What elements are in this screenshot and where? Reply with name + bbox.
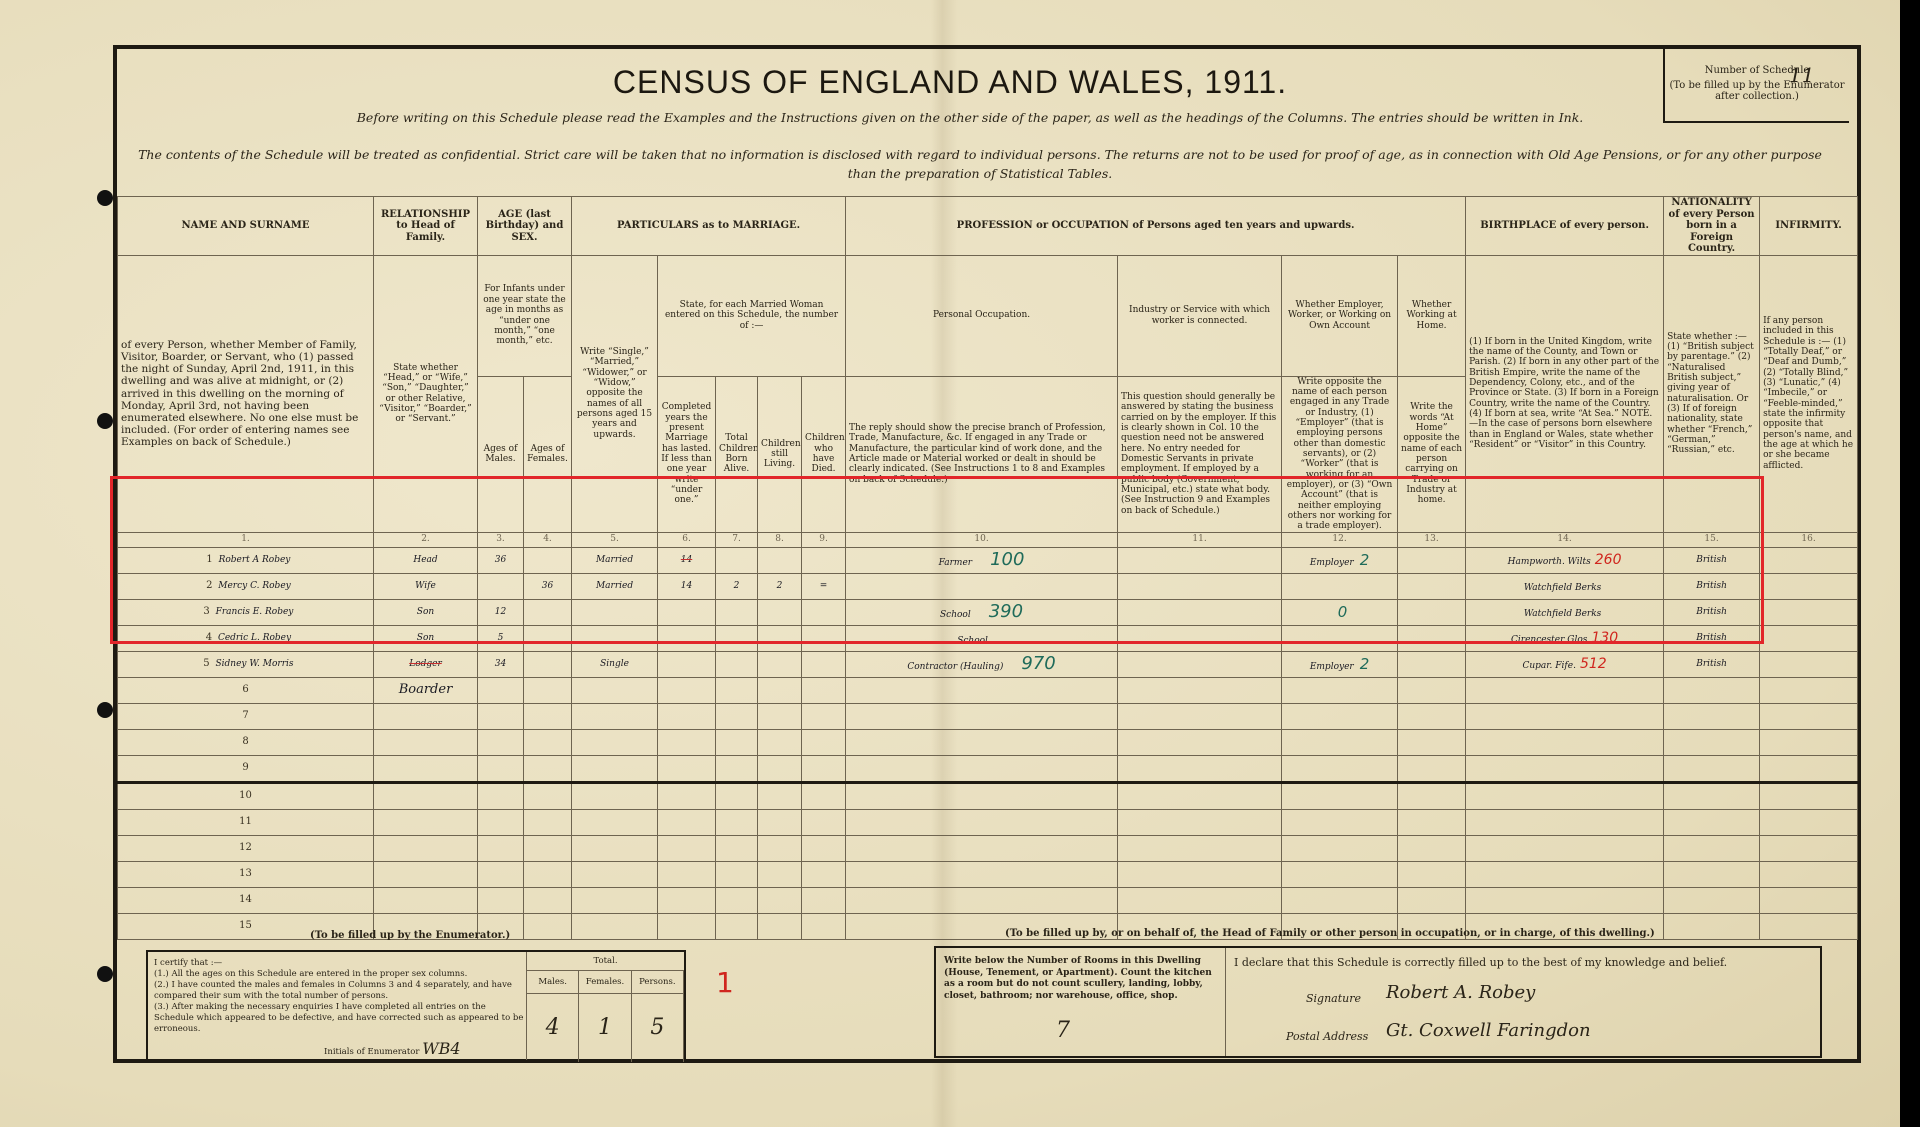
name-cell-value: Sidney W. Morris <box>215 659 293 669</box>
children-born-cell <box>716 782 758 809</box>
industry-cell <box>1118 625 1282 651</box>
employer-cell <box>1282 729 1398 755</box>
occupation-cell: School <box>846 625 1118 651</box>
marital-cell <box>572 599 658 625</box>
name-cell: 11 <box>118 809 374 835</box>
age-male-cell: 36 <box>478 547 524 573</box>
age-female-cell <box>524 651 572 677</box>
occupation-cell <box>846 755 1118 782</box>
children-died-cell <box>802 835 846 861</box>
birthplace-cell: Watchfield Berks <box>1466 599 1664 625</box>
marriage-years-cell <box>658 809 716 835</box>
header-name: NAME AND SURNAME <box>118 197 374 256</box>
age-female-cell <box>524 677 572 703</box>
occupation-cell <box>846 782 1118 809</box>
birthplace-cell: Cirencester Glos130 <box>1466 625 1664 651</box>
row-number: 13 <box>237 868 255 880</box>
birthplace-code: 512 <box>1580 656 1607 672</box>
instruction-ages-females: Ages of Females. <box>524 376 572 532</box>
industry-cell <box>1118 729 1282 755</box>
industry-cell <box>1118 703 1282 729</box>
header-infirmity: INFIRMITY. <box>1760 197 1858 256</box>
at-home-cell <box>1398 887 1466 913</box>
relationship-cell: Son <box>374 625 478 651</box>
census-table: NAME AND SURNAME RELATIONSHIP to Head of… <box>117 196 1858 940</box>
age-male-cell-value: 36 <box>495 555 506 565</box>
age-male-cell: 34 <box>478 651 524 677</box>
name-cell: 1Robert A Robey <box>118 547 374 573</box>
age-female-cell <box>524 913 572 939</box>
marriage-years-cell <box>658 861 716 887</box>
children-died-cell: = <box>802 573 846 599</box>
instruction-industry-detail: This question should generally be answer… <box>1118 376 1282 532</box>
employer-code: 2 <box>1360 655 1370 673</box>
name-cell: 12 <box>118 835 374 861</box>
children-born-cell <box>716 887 758 913</box>
occupation-cell-value: School <box>957 636 988 646</box>
employer-cell <box>1282 677 1398 703</box>
person-rows: 1Robert A RobeyHead36Married14Farmer100E… <box>118 547 1858 939</box>
instruction-name: of every Person, whether Member of Famil… <box>118 255 374 532</box>
industry-cell <box>1118 782 1282 809</box>
children-living-cell <box>758 547 802 573</box>
marriage-years-cell <box>658 703 716 729</box>
marital-cell <box>572 677 658 703</box>
marital-cell: Single <box>572 651 658 677</box>
marital-cell <box>572 625 658 651</box>
age-male-cell <box>478 573 524 599</box>
name-cell-value: Robert A Robey <box>219 555 291 565</box>
at-home-cell <box>1398 677 1466 703</box>
name-cell: 7 <box>118 703 374 729</box>
name-cell: 6 <box>118 677 374 703</box>
header-relationship: RELATIONSHIP to Head of Family. <box>374 197 478 256</box>
children-living-cell <box>758 809 802 835</box>
employer-cell <box>1282 625 1398 651</box>
marital-cell <box>572 835 658 861</box>
relationship-cell <box>374 782 478 809</box>
signature-label: Signature <box>1306 992 1361 1005</box>
signature-value: Robert A. Robey <box>1386 982 1535 1003</box>
relationship-cell: Son <box>374 599 478 625</box>
nationality-cell <box>1664 809 1760 835</box>
at-home-cell <box>1398 651 1466 677</box>
at-home-cell <box>1398 703 1466 729</box>
row-number: 2 <box>200 580 218 592</box>
table-row: 3Francis E. RobeySon12School3900Watchfie… <box>118 599 1858 625</box>
children-born-cell <box>716 729 758 755</box>
children-born-cell <box>716 755 758 782</box>
birthplace-cell <box>1466 835 1664 861</box>
header-marriage: PARTICULARS as to MARRIAGE. <box>572 197 846 256</box>
relationship-cell <box>374 703 478 729</box>
declaration-text: I declare that this Schedule is correctl… <box>1234 956 1812 969</box>
age-male-cell <box>478 887 524 913</box>
occupation-code: 100 <box>990 549 1024 570</box>
males-label: Males. <box>527 971 579 993</box>
column-number: 5. <box>572 532 658 547</box>
age-male-cell <box>478 703 524 729</box>
column-number-row: 1. 2. 3. 4. 5. 6. 7. 8. 9. 10. 11. 12. 1… <box>118 532 1858 547</box>
age-male-cell <box>478 835 524 861</box>
birthplace-cell-value: Watchfield Berks <box>1524 583 1601 593</box>
row-number: 14 <box>237 894 255 906</box>
certify-point-3: (3.) After making the necessary enquirie… <box>154 1002 524 1035</box>
birthplace-cell-value: Cirencester Glos <box>1511 635 1587 645</box>
marital-cell-value: Married <box>596 555 633 565</box>
children-died-cell <box>802 782 846 809</box>
age-female-cell <box>524 835 572 861</box>
name-cell: 10 <box>118 782 374 809</box>
age-female-cell: 36 <box>524 573 572 599</box>
children-living-cell <box>758 835 802 861</box>
table-row: 5Sidney W. MorrisLodger34SingleContracto… <box>118 651 1858 677</box>
industry-cell <box>1118 887 1282 913</box>
marital-cell: Married <box>572 547 658 573</box>
instruction-nationality: State whether :— (1) “British subject by… <box>1664 255 1760 532</box>
confidentiality-notice: The contents of the Schedule will be tre… <box>130 146 1830 184</box>
occupation-cell <box>846 887 1118 913</box>
relationship-cell <box>374 887 478 913</box>
occupation-cell-value: School <box>940 610 971 620</box>
birthplace-cell-value: Cupar. Fife. <box>1522 661 1576 671</box>
marital-cell <box>572 887 658 913</box>
industry-cell <box>1118 651 1282 677</box>
age-female-cell <box>524 755 572 782</box>
table-row: 9 <box>118 755 1858 782</box>
column-number: 9. <box>802 532 846 547</box>
nationality-cell <box>1664 913 1760 939</box>
employer-cell: Employer2 <box>1282 651 1398 677</box>
name-cell: 9 <box>118 755 374 782</box>
marriage-years-cell-value: 14 <box>681 581 692 591</box>
age-male-cell: 5 <box>478 625 524 651</box>
at-home-cell <box>1398 729 1466 755</box>
row-number: 3 <box>198 606 216 618</box>
marital-cell <box>572 913 658 939</box>
row-number: 11 <box>237 816 255 828</box>
children-born-cell <box>716 703 758 729</box>
nationality-cell-value: British <box>1696 633 1727 643</box>
marriage-years-cell <box>658 625 716 651</box>
birthplace-cell <box>1466 887 1664 913</box>
children-living-cell <box>758 599 802 625</box>
column-number: 14. <box>1466 532 1664 547</box>
children-born-cell: 2 <box>716 573 758 599</box>
column-number: 12. <box>1282 532 1398 547</box>
children-died-cell-value: = <box>820 581 828 591</box>
row-number: 12 <box>237 842 255 854</box>
birthplace-cell-value: Hampworth. Wilts <box>1508 557 1591 567</box>
employer-cell <box>1282 835 1398 861</box>
infirmity-cell <box>1760 913 1858 939</box>
infirmity-cell <box>1760 573 1858 599</box>
instruction-at-home-detail: Write the words “At Home” opposite the n… <box>1398 376 1466 532</box>
industry-cell <box>1118 835 1282 861</box>
infirmity-cell <box>1760 547 1858 573</box>
nationality-cell-value: British <box>1696 581 1727 591</box>
infirmity-cell <box>1760 835 1858 861</box>
children-living-cell <box>758 887 802 913</box>
age-female-cell <box>524 703 572 729</box>
children-born-cell <box>716 835 758 861</box>
address-value: Gt. Coxwell Faringdon <box>1386 1020 1591 1041</box>
industry-cell <box>1118 547 1282 573</box>
males-total: 4 <box>527 994 579 1062</box>
relationship-cell <box>374 755 478 782</box>
marriage-years-cell <box>658 729 716 755</box>
enumerator-initials: WB4 <box>422 1039 460 1058</box>
header-birthplace: BIRTHPLACE of every person. <box>1466 197 1664 256</box>
relationship-cell-value: Head <box>413 555 437 565</box>
birthplace-cell <box>1466 729 1664 755</box>
employer-cell <box>1282 861 1398 887</box>
punch-hole <box>97 190 113 206</box>
employer-cell <box>1282 887 1398 913</box>
name-cell: 5Sidney W. Morris <box>118 651 374 677</box>
children-born-cell <box>716 547 758 573</box>
marriage-years-cell: 14 <box>658 547 716 573</box>
table-row: 12 <box>118 835 1858 861</box>
instruction-marital: Write “Single,” “Married,” “Widower,” or… <box>572 255 658 532</box>
table-row: 11 <box>118 809 1858 835</box>
instruction-line-1: Before writing on this Schedule please r… <box>340 110 1600 125</box>
marriage-years-cell: 14 <box>658 573 716 599</box>
employer-cell-value: Employer <box>1310 558 1354 568</box>
industry-cell <box>1118 809 1282 835</box>
nationality-cell: British <box>1664 625 1760 651</box>
infirmity-cell <box>1760 703 1858 729</box>
relationship-cell-value: Lodger <box>409 659 442 669</box>
enumerator-box: I certify that :— (1.) All the ages on t… <box>146 950 686 1062</box>
column-number: 7. <box>716 532 758 547</box>
marital-cell <box>572 703 658 729</box>
children-living-cell <box>758 729 802 755</box>
birthplace-cell <box>1466 782 1664 809</box>
occupation-cell: Contractor (Hauling)970 <box>846 651 1118 677</box>
nationality-cell-value: British <box>1696 659 1727 669</box>
infirmity-cell <box>1760 887 1858 913</box>
nationality-cell <box>1664 703 1760 729</box>
children-born-cell <box>716 599 758 625</box>
at-home-cell <box>1398 782 1466 809</box>
children-born-cell <box>716 651 758 677</box>
nationality-cell <box>1664 782 1760 809</box>
name-cell-value: Francis E. Robey <box>216 607 294 617</box>
marital-cell-value: Single <box>600 659 629 669</box>
enumerator-certification: I certify that :— (1.) All the ages on t… <box>154 958 524 1060</box>
birthplace-cell-value: Watchfield Berks <box>1524 609 1601 619</box>
employer-cell-value: Employer <box>1310 662 1354 672</box>
column-number: 8. <box>758 532 802 547</box>
females-label: Females. <box>579 971 631 993</box>
row-number: 6 <box>237 684 255 696</box>
column-number: 1. <box>118 532 374 547</box>
birthplace-cell: Cupar. Fife.512 <box>1466 651 1664 677</box>
column-number: 10. <box>846 532 1118 547</box>
instruction-at-home: Whether Working at Home. <box>1398 255 1466 376</box>
marital-cell <box>572 755 658 782</box>
name-cell: 13 <box>118 861 374 887</box>
children-born-cell <box>716 677 758 703</box>
nationality-cell: British <box>1664 547 1760 573</box>
marriage-years-cell <box>658 782 716 809</box>
column-number: 6. <box>658 532 716 547</box>
age-male-cell-value: 5 <box>498 633 504 643</box>
occupation-cell <box>846 861 1118 887</box>
nationality-cell: British <box>1664 651 1760 677</box>
employer-cell <box>1282 809 1398 835</box>
age-female-cell <box>524 599 572 625</box>
page-title: CENSUS OF ENGLAND AND WALES, 1911. <box>0 64 1900 101</box>
at-home-cell <box>1398 861 1466 887</box>
column-number: 13. <box>1398 532 1466 547</box>
children-living-cell <box>758 703 802 729</box>
children-died-cell <box>802 887 846 913</box>
header-nationality: NATIONALITY of every Person born in a Fo… <box>1664 197 1760 256</box>
age-female-cell <box>524 782 572 809</box>
children-living-cell-value: 2 <box>777 581 783 591</box>
relationship-cell-value: Boarder <box>399 682 453 697</box>
instruction-row: of every Person, whether Member of Famil… <box>118 255 1858 376</box>
persons-label: Persons. <box>632 971 684 993</box>
table-row: 1Robert A RobeyHead36Married14Farmer100E… <box>118 547 1858 573</box>
age-male-cell <box>478 782 524 809</box>
age-male-cell-value: 34 <box>495 659 506 669</box>
children-died-cell <box>802 599 846 625</box>
occupation-cell <box>846 835 1118 861</box>
nationality-cell <box>1664 861 1760 887</box>
instruction-married-woman: State, for each Married Woman entered on… <box>658 255 846 376</box>
birthplace-cell <box>1466 861 1664 887</box>
age-female-cell <box>524 729 572 755</box>
age-female-cell <box>524 547 572 573</box>
children-died-cell <box>802 861 846 887</box>
marriage-years-cell <box>658 677 716 703</box>
table-row: 7 <box>118 703 1858 729</box>
age-male-cell <box>478 729 524 755</box>
rooms-instruction: Write below the Number of Rooms in this … <box>944 956 1212 1001</box>
marriage-years-cell <box>658 599 716 625</box>
birthplace-cell: Watchfield Berks <box>1466 573 1664 599</box>
employer-cell: 0 <box>1282 599 1398 625</box>
marital-cell <box>572 809 658 835</box>
schedule-number-box: Number of Schedule 11 (To be filled up b… <box>1663 49 1849 123</box>
nationality-cell <box>1664 677 1760 703</box>
at-home-cell <box>1398 755 1466 782</box>
totals-table: Total. Males. Females. Persons. 4 1 5 <box>526 952 684 1060</box>
occupation-cell: Farmer100 <box>846 547 1118 573</box>
relationship-cell <box>374 729 478 755</box>
instruction-employer-detail: Write opposite the name of each person e… <box>1282 376 1398 532</box>
name-cell: 14 <box>118 887 374 913</box>
children-died-cell <box>802 677 846 703</box>
children-born-cell <box>716 913 758 939</box>
marital-cell <box>572 729 658 755</box>
age-male-cell <box>478 755 524 782</box>
industry-cell <box>1118 755 1282 782</box>
schedule-number-note: (To be filled up by the Enumerator after… <box>1665 80 1849 102</box>
table-row: 6Boarder <box>118 677 1858 703</box>
infirmity-cell <box>1760 677 1858 703</box>
nationality-cell <box>1664 729 1760 755</box>
children-living-cell <box>758 651 802 677</box>
occupation-cell <box>846 573 1118 599</box>
marital-cell-value: Married <box>596 581 633 591</box>
birthplace-cell <box>1466 703 1664 729</box>
infirmity-cell <box>1760 599 1858 625</box>
birthplace-code: 260 <box>1595 552 1622 568</box>
at-home-cell <box>1398 809 1466 835</box>
instruction-still-living: Children still Living. <box>758 376 802 532</box>
occupation-cell <box>846 729 1118 755</box>
name-cell: 2Mercy C. Robey <box>118 573 374 599</box>
instruction-employer: Whether Employer, Worker, or Working on … <box>1282 255 1398 376</box>
name-cell-value: Mercy C. Robey <box>218 581 290 591</box>
name-cell: 4Cedric L. Robey <box>118 625 374 651</box>
children-living-cell <box>758 755 802 782</box>
marital-cell <box>572 861 658 887</box>
age-female-cell-value: 36 <box>542 581 553 591</box>
industry-cell <box>1118 573 1282 599</box>
instruction-ages-males: Ages of Males. <box>478 376 524 532</box>
infirmity-cell <box>1760 861 1858 887</box>
age-female-cell <box>524 809 572 835</box>
occupation-cell-value: Contractor (Hauling) <box>907 662 1003 672</box>
row-number: 15 <box>237 920 255 932</box>
marital-cell <box>572 782 658 809</box>
margin-mark: 1 <box>716 966 734 999</box>
instruction-occupation-detail: The reply should show the precise branch… <box>846 376 1118 532</box>
children-living-cell <box>758 913 802 939</box>
relationship-cell: Boarder <box>374 677 478 703</box>
birthplace-cell <box>1466 809 1664 835</box>
age-female-cell <box>524 861 572 887</box>
occupation-code: 390 <box>989 601 1023 622</box>
instruction-died: Children who have Died. <box>802 376 846 532</box>
age-female-cell <box>524 887 572 913</box>
children-born-cell-value: 2 <box>734 581 740 591</box>
children-born-cell <box>716 861 758 887</box>
total-label: Total. <box>527 952 684 971</box>
instruction-infirmity: If any person included in this Schedule … <box>1760 255 1858 532</box>
infirmity-cell <box>1760 755 1858 782</box>
birthplace-cell <box>1466 677 1664 703</box>
infirmity-cell <box>1760 809 1858 835</box>
employer-cell <box>1282 573 1398 599</box>
occupier-caption: (To be filled up by, or on behalf of, th… <box>1005 928 1655 939</box>
row-number: 5 <box>197 658 215 670</box>
relationship-cell: Head <box>374 547 478 573</box>
address-label: Postal Address <box>1286 1030 1368 1043</box>
age-male-cell <box>478 677 524 703</box>
infirmity-cell <box>1760 729 1858 755</box>
children-living-cell <box>758 625 802 651</box>
nationality-cell-value: British <box>1696 607 1727 617</box>
children-died-cell <box>802 913 846 939</box>
table-row: 2Mercy C. RobeyWife36Married1422=Watchfi… <box>118 573 1858 599</box>
relationship-cell-value: Son <box>417 633 434 643</box>
marriage-years-cell <box>658 755 716 782</box>
instruction-infants: For Infants under one year state the age… <box>478 255 572 376</box>
persons-total: 5 <box>632 994 684 1062</box>
instruction-personal-occupation: Personal Occupation. <box>846 255 1118 376</box>
relationship-cell <box>374 809 478 835</box>
children-living-cell <box>758 782 802 809</box>
occupation-code: 970 <box>1021 653 1055 674</box>
row-number: 4 <box>200 632 218 644</box>
column-number: 4. <box>524 532 572 547</box>
